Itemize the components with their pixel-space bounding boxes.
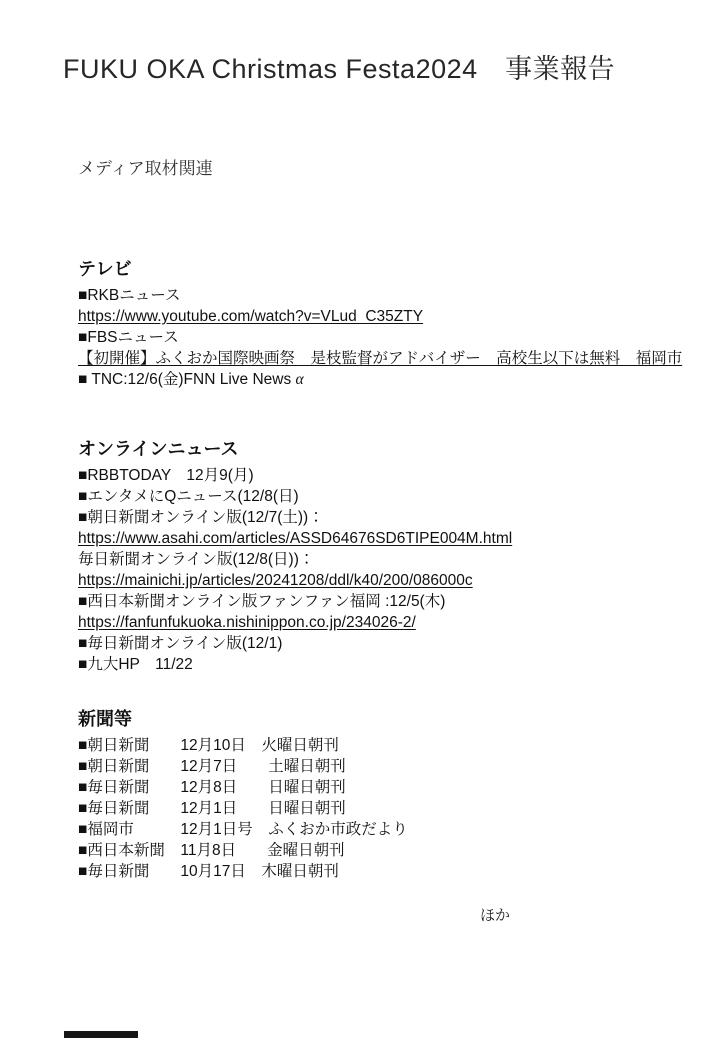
tv-item-tnc: ■ TNC:12/6(金)FNN Live News α bbox=[78, 369, 710, 390]
tv-item-rkb-news: ■RKBニュース bbox=[78, 285, 710, 306]
online-link-asahi[interactable]: https://www.asahi.com/articles/ASSD64676… bbox=[78, 530, 512, 547]
online-item-entame-q: ■エンタメにQニュース(12/8(日) bbox=[78, 486, 710, 507]
tv-heading: テレビ bbox=[78, 257, 710, 281]
alpha-symbol: α bbox=[296, 371, 304, 388]
online-link-mainichi[interactable]: https://mainichi.jp/articles/20241208/dd… bbox=[78, 572, 473, 589]
newspaper-row-nishinippon-1108: ■西日本新聞 11月8日 金曜日朝刊 bbox=[78, 840, 710, 861]
online-item-kyudai-hp: ■九大HP 11/22 bbox=[78, 654, 710, 675]
bottom-left-bar bbox=[64, 1031, 138, 1038]
online-item-asahi: ■朝日新聞オンライン版(12/7(土))： bbox=[78, 507, 710, 528]
online-link-fanfun[interactable]: https://fanfunfukuoka.nishinippon.co.jp/… bbox=[78, 614, 416, 631]
tv-item-tnc-text: ■ TNC:12/6(金)FNN Live News bbox=[78, 371, 296, 388]
newspaper-row-mainichi-1017: ■毎日新聞 10月17日 木曜日朝刊 bbox=[78, 861, 710, 882]
page-title: FUKU OKA Christmas Festa2024 事業報告 bbox=[63, 52, 615, 86]
online-item-mainichi-1201: ■毎日新聞オンライン版(12/1) bbox=[78, 633, 710, 654]
newspaper-row-asahi-1207: ■朝日新聞 12月7日 土曜日朝刊 bbox=[78, 756, 710, 777]
tv-item-fbs-news: ■FBSニュース bbox=[78, 327, 710, 348]
tv-link-rkb-youtube[interactable]: https://www.youtube.com/watch?v=VLud_C35… bbox=[78, 308, 423, 325]
newspaper-row-mainichi-1201: ■毎日新聞 12月1日 日曜日朝刊 bbox=[78, 798, 710, 819]
newspaper-row-asahi-1210: ■朝日新聞 12月10日 火曜日朝刊 bbox=[78, 735, 710, 756]
section-newspapers: 新聞等 ■朝日新聞 12月10日 火曜日朝刊 ■朝日新聞 12月7日 土曜日朝刊… bbox=[78, 707, 710, 882]
newspaper-row-mainichi-1208: ■毎日新聞 12月8日 日曜日朝刊 bbox=[78, 777, 710, 798]
newspapers-heading: 新聞等 bbox=[78, 707, 710, 731]
online-item-rbbtoday: ■RBBTODAY 12月9(月) bbox=[78, 465, 710, 486]
report-slide: FUKU OKA Christmas Festa2024 事業報告 メディア取材… bbox=[0, 0, 720, 1040]
newspaper-row-fukuoka-city: ■福岡市 12月1日号 ふくおか市政だより bbox=[78, 819, 710, 840]
footer-note-hoka: ほか bbox=[480, 906, 510, 926]
section-online-news: オンラインニュース ■RBBTODAY 12月9(月) ■エンタメにQニュース(… bbox=[78, 437, 710, 675]
online-item-mainichi-1208: 毎日新聞オンライン版(12/8(日))： bbox=[78, 549, 710, 570]
online-news-heading: オンラインニュース bbox=[78, 437, 710, 461]
tv-link-fbs-article[interactable]: 【初開催】ふくおか国際映画祭 是枝監督がアドバイザー 高校生以下は無料 福岡市 bbox=[78, 350, 682, 367]
section-tv: テレビ ■RKBニュース https://www.youtube.com/wat… bbox=[78, 257, 710, 390]
online-item-nishinippon-fanfun: ■西日本新聞オンライン版ファンファン福岡 :12/5(木) bbox=[78, 591, 710, 612]
section-subtitle-media: メディア取材関連 bbox=[78, 158, 213, 180]
